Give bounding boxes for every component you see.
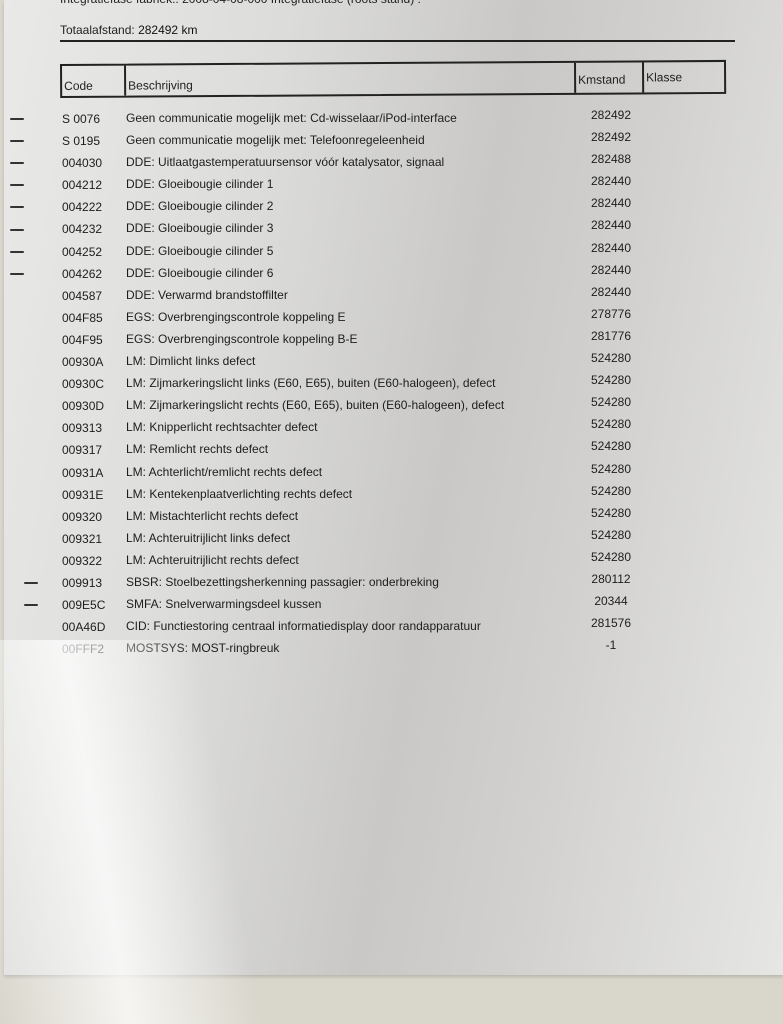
fault-description: DDE: Gloeibougie cilinder 3 xyxy=(126,221,273,235)
fault-code: 004030 xyxy=(62,156,102,170)
kmstand-value: 282492 xyxy=(580,108,642,122)
fault-code: 009317 xyxy=(62,443,102,457)
kmstand-value: 282440 xyxy=(580,285,642,299)
fault-code: 00931A xyxy=(62,466,103,480)
printed-page: Integratiefase fabriek:: 2008-04-08-000 … xyxy=(4,0,783,975)
kmstand-value: 524280 xyxy=(580,506,642,520)
fault-code-table: S 0076Geen communicatie mogelijk met: Cd… xyxy=(60,108,680,660)
kmstand-value: 282440 xyxy=(580,218,642,232)
fault-code: S 0076 xyxy=(62,112,100,126)
fault-description: MOSTSYS: MOST-ringbreuk xyxy=(126,641,279,655)
fault-code: 00930D xyxy=(62,399,104,413)
fault-description: Geen communicatie mogelijk met: Telefoon… xyxy=(126,133,425,147)
kmstand-value: 282488 xyxy=(580,152,642,166)
table-row: 009320LM: Mistachterlicht rechts defect5… xyxy=(60,506,680,528)
table-row: 00930ALM: Dimlicht links defect524280 xyxy=(60,351,680,373)
column-header-code: Code xyxy=(62,66,126,96)
kmstand-value: 524280 xyxy=(580,439,642,453)
table-row: 009317LM: Remlicht rechts defect524280 xyxy=(60,439,680,461)
table-row: 004232DDE: Gloeibougie cilinder 3282440 xyxy=(60,218,680,240)
fault-description: EGS: Overbrengingscontrole koppeling B-E xyxy=(126,332,357,346)
fault-code: 00930C xyxy=(62,377,104,391)
kmstand-value: 524280 xyxy=(580,351,642,365)
table-row: S 0195Geen communicatie mogelijk met: Te… xyxy=(60,130,680,152)
table-row: 00930DLM: Zijmarkeringslicht rechts (E60… xyxy=(60,395,680,417)
fault-code: 00A46D xyxy=(62,620,105,634)
table-row: 004212DDE: Gloeibougie cilinder 1282440 xyxy=(60,174,680,196)
kmstand-value: 524280 xyxy=(580,462,642,476)
table-row: 004252DDE: Gloeibougie cilinder 5282440 xyxy=(60,241,680,263)
fault-code: 004222 xyxy=(62,200,102,214)
table-row: 004F95EGS: Overbrengingscontrole koppeli… xyxy=(60,329,680,351)
table-row: 004030DDE: Uitlaatgastemperatuursensor v… xyxy=(60,152,680,174)
table-row: 004222DDE: Gloeibougie cilinder 2282440 xyxy=(60,196,680,218)
pen-tick-mark xyxy=(10,140,24,142)
fault-code: 009E5C xyxy=(62,598,105,612)
pen-tick-mark xyxy=(24,604,38,606)
fault-code: 009321 xyxy=(62,532,102,546)
fault-description: CID: Functiestoring centraal informatied… xyxy=(126,619,481,633)
pen-tick-mark xyxy=(10,251,24,253)
fault-description: LM: Zijmarkeringslicht links (E60, E65),… xyxy=(126,376,496,390)
kmstand-value: 524280 xyxy=(580,484,642,498)
fault-description: LM: Achterlicht/remlicht rechts defect xyxy=(126,465,322,479)
fault-description: LM: Mistachterlicht rechts defect xyxy=(126,509,298,523)
fault-code: 009913 xyxy=(62,576,102,590)
table-row: 00FFF2MOSTSYS: MOST-ringbreuk-1 xyxy=(60,638,680,660)
kmstand-value: 281576 xyxy=(580,616,642,630)
fault-description: LM: Zijmarkeringslicht rechts (E60, E65)… xyxy=(126,398,504,412)
table-row: 009321LM: Achteruitrijlicht links defect… xyxy=(60,528,680,550)
fault-code: 009313 xyxy=(62,421,102,435)
fault-description: SMFA: Snelverwarmingsdeel kussen xyxy=(126,597,321,611)
table-row: 004587DDE: Verwarmd brandstoffilter28244… xyxy=(60,285,680,307)
table-header: Code Beschrijving Kmstand Klasse xyxy=(60,60,726,98)
kmstand-value: 280112 xyxy=(580,572,642,586)
fault-description: DDE: Gloeibougie cilinder 1 xyxy=(126,177,273,191)
divider-line xyxy=(60,40,735,42)
kmstand-value: 524280 xyxy=(580,417,642,431)
pen-tick-mark xyxy=(10,273,24,275)
fault-description: EGS: Overbrengingscontrole koppeling E xyxy=(126,310,345,324)
pen-tick-mark xyxy=(24,582,38,584)
column-header-klasse: Klasse xyxy=(644,62,724,92)
fault-code: 004232 xyxy=(62,222,102,236)
column-header-kmstand: Kmstand xyxy=(576,62,644,92)
fault-code: 004212 xyxy=(62,178,102,192)
fault-code: 009320 xyxy=(62,510,102,524)
pen-tick-mark xyxy=(10,206,24,208)
kmstand-value: 278776 xyxy=(580,307,642,321)
table-row: 009913SBSR: Stoelbezettingsherkenning pa… xyxy=(60,572,680,594)
fault-code: 004F85 xyxy=(62,311,103,325)
pen-tick-mark xyxy=(10,229,24,231)
kmstand-value: 282440 xyxy=(580,241,642,255)
kmstand-value: 282440 xyxy=(580,263,642,277)
kmstand-value: 524280 xyxy=(580,550,642,564)
fault-description: SBSR: Stoelbezettingsherkenning passagie… xyxy=(126,575,439,589)
fault-description: DDE: Gloeibougie cilinder 2 xyxy=(126,199,273,213)
pen-tick-mark xyxy=(10,184,24,186)
table-row: 004F85EGS: Overbrengingscontrole koppeli… xyxy=(60,307,680,329)
fault-description: LM: Achteruitrijlicht rechts defect xyxy=(126,553,299,567)
total-distance: Totaalafstand: 282492 km xyxy=(60,23,197,37)
fault-description: LM: Remlicht rechts defect xyxy=(126,442,268,456)
table-row: S 0076Geen communicatie mogelijk met: Cd… xyxy=(60,108,680,130)
total-distance-value: 282492 km xyxy=(138,23,197,37)
total-distance-label: Totaalafstand: xyxy=(60,23,135,37)
fault-description: DDE: Uitlaatgastemperatuursensor vóór ka… xyxy=(126,155,444,169)
table-row: 009322LM: Achteruitrijlicht rechts defec… xyxy=(60,550,680,572)
kmstand-value: -1 xyxy=(580,638,642,652)
fault-description: DDE: Verwarmd brandstoffilter xyxy=(126,288,288,302)
fault-description: LM: Achteruitrijlicht links defect xyxy=(126,531,290,545)
table-row: 009E5CSMFA: Snelverwarmingsdeel kussen20… xyxy=(60,594,680,616)
fault-code: 009322 xyxy=(62,554,102,568)
fault-description: Geen communicatie mogelijk met: Cd-wisse… xyxy=(126,111,457,125)
table-row: 00930CLM: Zijmarkeringslicht links (E60,… xyxy=(60,373,680,395)
fault-code: 004262 xyxy=(62,267,102,281)
fault-code: 00FFF2 xyxy=(62,642,104,656)
fault-code: S 0195 xyxy=(62,134,100,148)
cut-off-header-line: Integratiefase fabriek:: 2008-04-08-000 … xyxy=(60,0,421,6)
kmstand-value: 524280 xyxy=(580,395,642,409)
fault-description: LM: Kentekenplaatverlichting rechts defe… xyxy=(126,487,352,501)
table-row: 009313LM: Knipperlicht rechtsachter defe… xyxy=(60,417,680,439)
fault-description: DDE: Gloeibougie cilinder 6 xyxy=(126,266,273,280)
fault-code: 004252 xyxy=(62,245,102,259)
fault-code: 00931E xyxy=(62,488,103,502)
kmstand-value: 282440 xyxy=(580,174,642,188)
kmstand-value: 524280 xyxy=(580,528,642,542)
table-row: 004262DDE: Gloeibougie cilinder 6282440 xyxy=(60,263,680,285)
column-header-description: Beschrijving xyxy=(126,63,576,96)
kmstand-value: 524280 xyxy=(580,373,642,387)
kmstand-value: 20344 xyxy=(580,594,642,608)
fault-description: LM: Knipperlicht rechtsachter defect xyxy=(126,420,317,434)
kmstand-value: 281776 xyxy=(580,329,642,343)
table-row: 00931ELM: Kentekenplaatverlichting recht… xyxy=(60,484,680,506)
kmstand-value: 282440 xyxy=(580,196,642,210)
kmstand-value: 282492 xyxy=(580,130,642,144)
fault-code: 004587 xyxy=(62,289,102,303)
pen-tick-mark xyxy=(10,162,24,164)
table-row: 00A46DCID: Functiestoring centraal infor… xyxy=(60,616,680,638)
fault-code: 004F95 xyxy=(62,333,103,347)
fault-code: 00930A xyxy=(62,355,103,369)
table-row: 00931ALM: Achterlicht/remlicht rechts de… xyxy=(60,462,680,484)
fault-description: DDE: Gloeibougie cilinder 5 xyxy=(126,244,273,258)
pen-tick-mark xyxy=(10,118,24,120)
fault-description: LM: Dimlicht links defect xyxy=(126,354,255,368)
